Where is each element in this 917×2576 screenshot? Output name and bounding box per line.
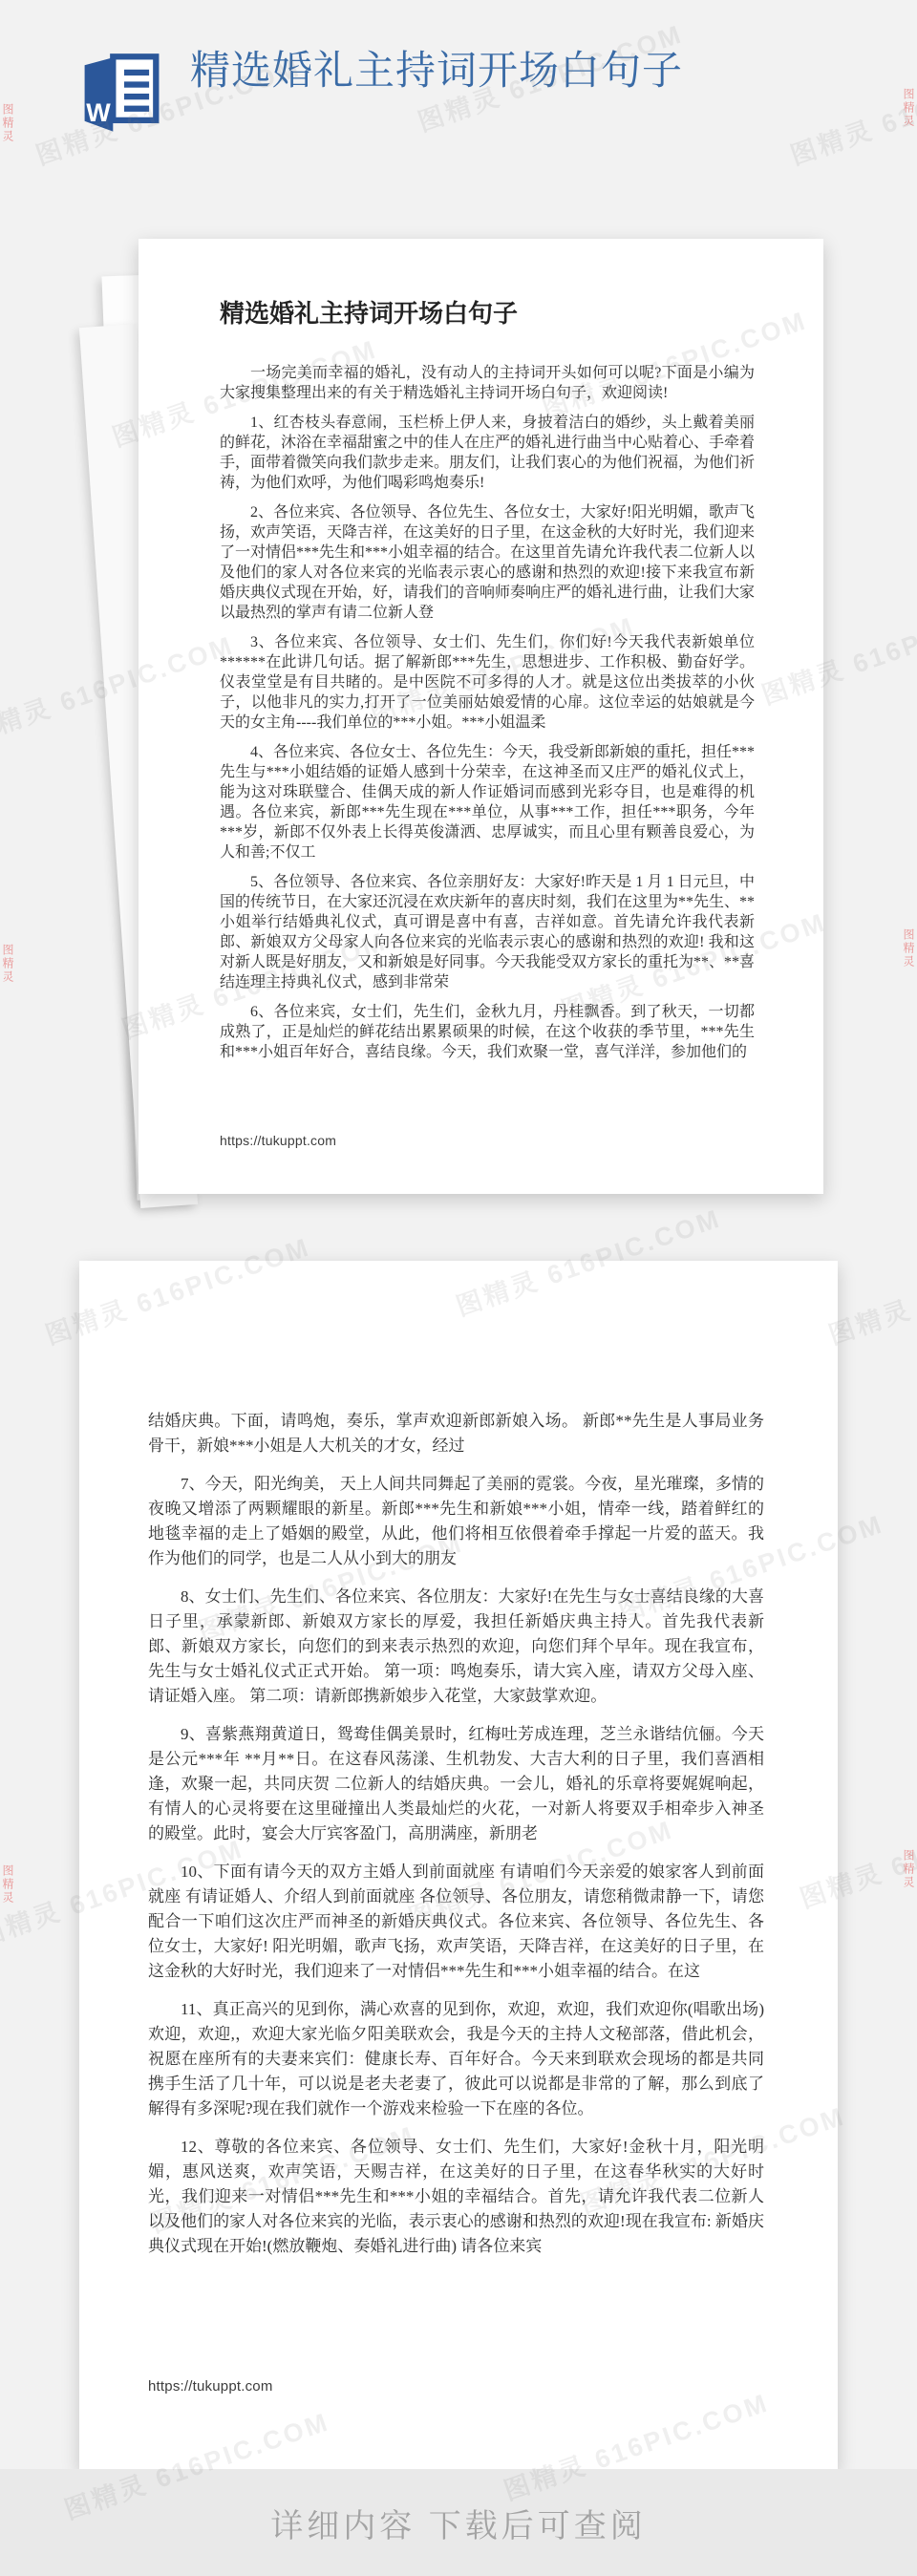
watermark-stamp: 图精灵	[0, 103, 16, 143]
doc-paragraph-7: 7、今天，阳光绚美， 天上人间共同舞起了美丽的霓裳。今夜，星光璀璨，多情的夜晚又…	[148, 1472, 764, 1571]
doc-paragraph-11: 11、真正高兴的见到你，满心欢喜的见到你，欢迎，欢迎，我们欢迎你(唱歌出场) 欢…	[148, 1997, 764, 2121]
doc-paragraph-2: 2、各位来宾、各位领导、各位先生、各位女士，大家好!阳光明媚，歌声飞扬，欢声笑语…	[220, 502, 755, 623]
document-preview-page-1: 精选婚礼主持词开场白句子 一场完美而幸福的婚礼，没有动人的主持词开头如何可以呢?…	[139, 239, 823, 1194]
doc-paragraph-3: 3、各位来宾、各位领导、女士们、先生们，你们好!今天我代表新娘单位******在…	[220, 632, 755, 733]
document-preview-page-2: 结婚庆典。下面，请鸣炮，奏乐，掌声欢迎新郎新娘入场。 新郎**先生是人事局业务骨…	[79, 1261, 838, 2469]
doc-paragraph-10: 10、下面有请今天的双方主婚人到前面就座 有请咱们今天亲爱的娘家客人到前面就座 …	[148, 1860, 764, 1984]
bottom-notice-text: 详细内容 下载后可查阅	[270, 2500, 646, 2546]
doc-title: 精选婚礼主持词开场白句子	[220, 298, 755, 330]
page-title: 精选婚礼主持词开场白句子	[190, 46, 687, 95]
page1-footer-link: https://tukuppt.com	[220, 1133, 336, 1148]
watermark-stamp: 图精灵	[901, 88, 917, 128]
doc-paragraph-6-continuation: 结婚庆典。下面，请鸣炮，奏乐，掌声欢迎新郎新娘入场。 新郎**先生是人事局业务骨…	[148, 1409, 764, 1458]
doc-paragraph-9: 9、喜紫燕翔黄道日，鸳鸯佳偶美景时，红梅吐芳成连理，芝兰永谐结伉俪。今天是公元*…	[148, 1722, 764, 1846]
watermark-stamp: 图精灵	[0, 944, 16, 984]
page2-footer-link: https://tukuppt.com	[148, 2378, 273, 2395]
watermark-stamp: 图精灵	[0, 1864, 16, 1905]
doc-paragraph-8: 8、女士们、先生们、各位来宾、各位朋友：大家好!在先生与女士喜结良缘的大喜日子里…	[148, 1585, 764, 1709]
doc-paragraph-1: 1、红杏枝头春意闹，玉栏桥上伊人来，身披着洁白的婚纱，头上戴着美丽的鲜花，沐浴在…	[220, 413, 755, 493]
watermark-stamp: 图精灵	[901, 928, 917, 969]
doc-intro-paragraph: 一场完美而幸福的婚礼，没有动人的主持词开头如何可以呢?下面是小编为大家搜集整理出…	[220, 363, 755, 403]
header: W 精选婚礼主持词开场白句子	[81, 46, 845, 138]
bottom-notice-bar: 详细内容 下载后可查阅	[0, 2469, 917, 2576]
watermark-stamp: 图精灵	[901, 1849, 917, 1889]
word-icon-letter: W	[86, 98, 111, 127]
doc-paragraph-5: 5、各位领导、各位来宾、各位亲朋好友：大家好!昨天是 1 月 1 日元旦，中国的…	[220, 872, 755, 992]
doc-paragraph-12: 12、尊敬的各位来宾、各位领导、女士们、先生们，大家好!金秋十月，阳光明媚，惠风…	[148, 2135, 764, 2259]
doc-paragraph-6: 6、各位来宾，女士们，先生们，金秋九月，丹桂飘香。到了秋天，一切都成熟了，正是灿…	[220, 1002, 755, 1062]
doc-paragraph-4: 4、各位来宾、各位女士、各位先生：今天，我受新郎新娘的重托，担任***先生与**…	[220, 742, 755, 862]
word-document-icon: W	[81, 50, 167, 138]
